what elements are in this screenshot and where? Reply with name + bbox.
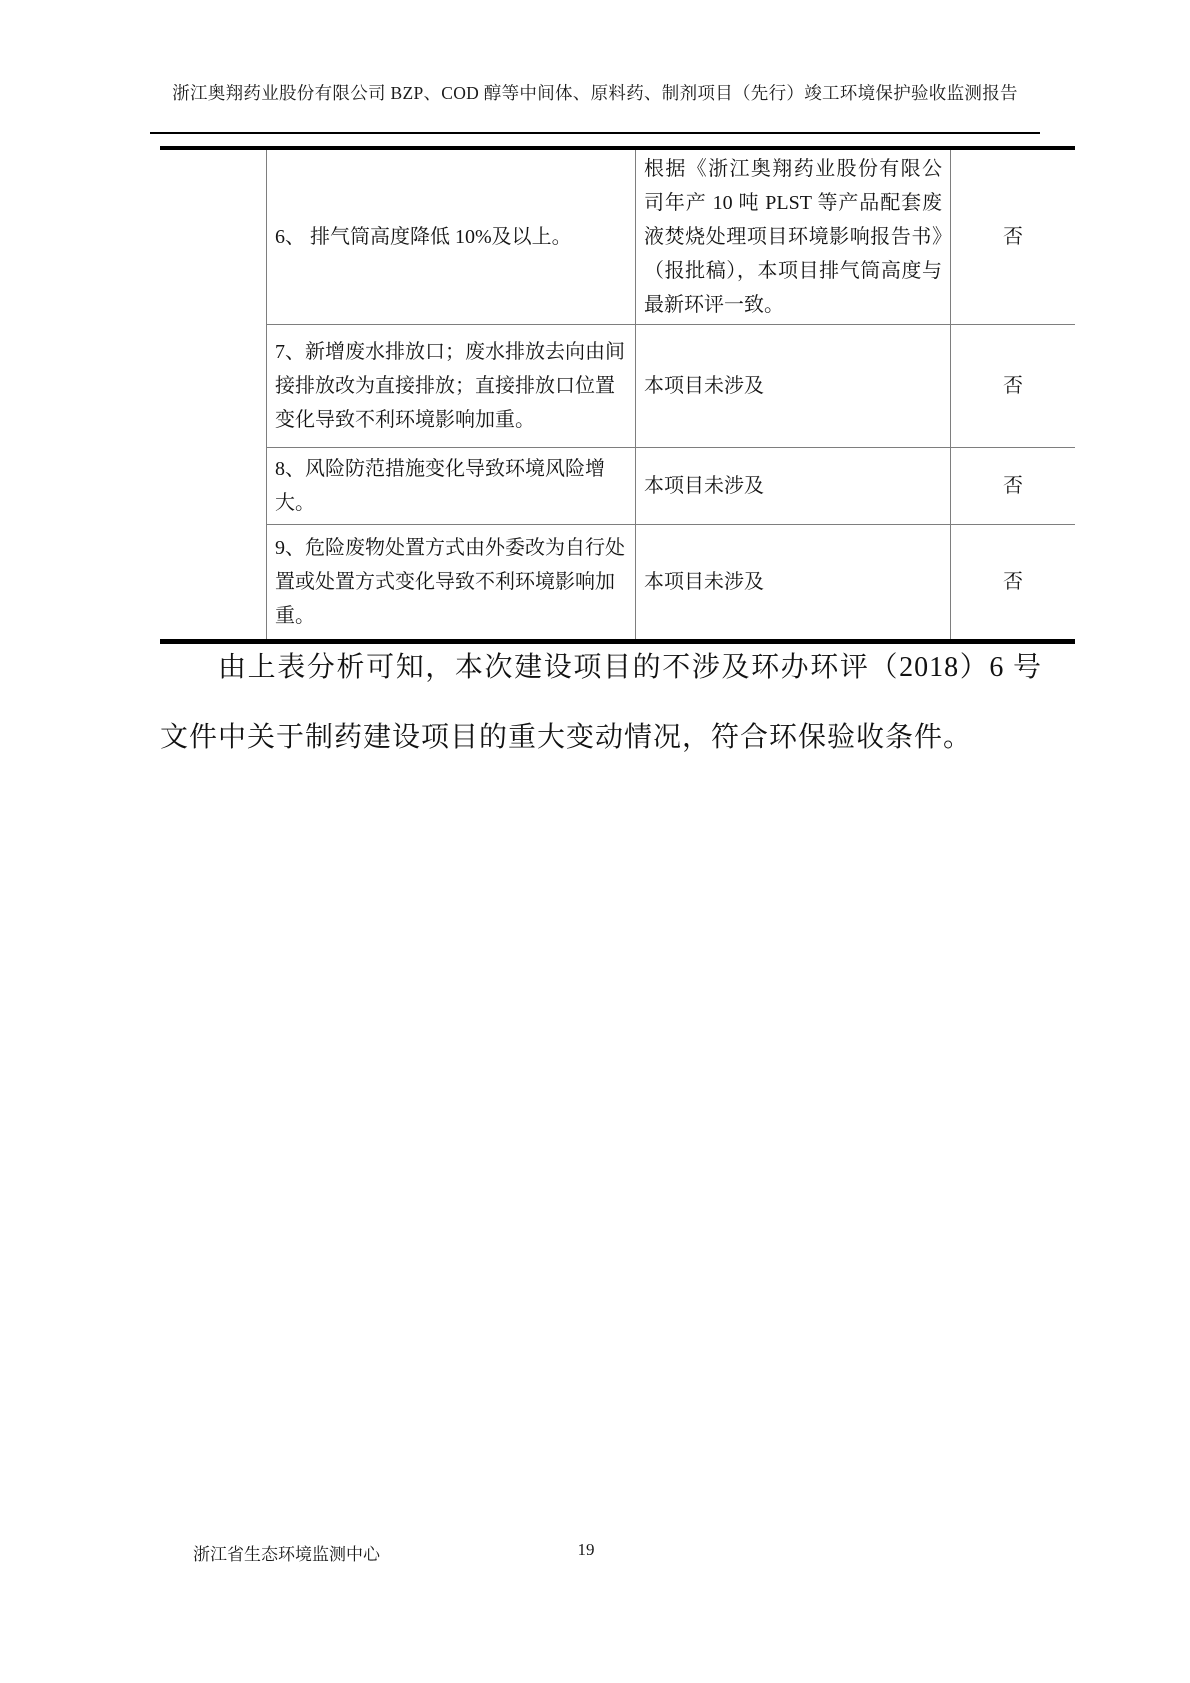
answer-cell: 否: [951, 525, 1076, 642]
footer-organization: 浙江省生态环境监测中心: [193, 1540, 380, 1565]
criteria-cell: 8、风险防范措施变化导致环境风险增大。: [267, 448, 636, 525]
answer-cell: 否: [951, 448, 1076, 525]
table-row: 9、危险废物处置方式由外委改为自行处置或处置方式变化导致不利环境影响加重。 本项…: [160, 525, 1075, 642]
footer-page-number: 19: [556, 1540, 616, 1560]
major-change-assessment-table: 6、 排气筒高度降低 10%及以上。 根据《浙江奥翔药业股份有限公司年产 10 …: [160, 146, 1075, 644]
table-row: 7、新增废水排放口；废水排放去向由间接排放改为直接排放；直接排放口位置变化导致不…: [160, 325, 1075, 448]
answer-cell: 否: [951, 148, 1076, 325]
description-cell: 本项目未涉及: [636, 325, 951, 448]
table-row: 6、 排气筒高度降低 10%及以上。 根据《浙江奥翔药业股份有限公司年产 10 …: [160, 148, 1075, 325]
table-row: 8、风险防范措施变化导致环境风险增大。 本项目未涉及 否: [160, 448, 1075, 525]
merged-empty-cell: [160, 148, 267, 642]
criteria-cell: 7、新增废水排放口；废水排放去向由间接排放改为直接排放；直接排放口位置变化导致不…: [267, 325, 636, 448]
header-divider: [150, 132, 1040, 134]
criteria-cell: 9、危险废物处置方式由外委改为自行处置或处置方式变化导致不利环境影响加重。: [267, 525, 636, 642]
answer-cell: 否: [951, 325, 1076, 448]
criteria-cell: 6、 排气筒高度降低 10%及以上。: [267, 148, 636, 325]
page-header-title: 浙江奥翔药业股份有限公司 BZP、COD 醇等中间体、原料药、制剂项目（先行）竣…: [145, 80, 1045, 106]
description-cell: 本项目未涉及: [636, 525, 951, 642]
document-page: 浙江奥翔药业股份有限公司 BZP、COD 醇等中间体、原料药、制剂项目（先行）竣…: [0, 0, 1190, 1683]
conclusion-paragraph: 由上表分析可知，本次建设项目的不涉及环办环评（2018）6 号文件中关于制药建设…: [160, 633, 1042, 773]
description-cell: 根据《浙江奥翔药业股份有限公司年产 10 吨 PLST 等产品配套废液焚烧处理项…: [636, 148, 951, 325]
description-cell: 本项目未涉及: [636, 448, 951, 525]
